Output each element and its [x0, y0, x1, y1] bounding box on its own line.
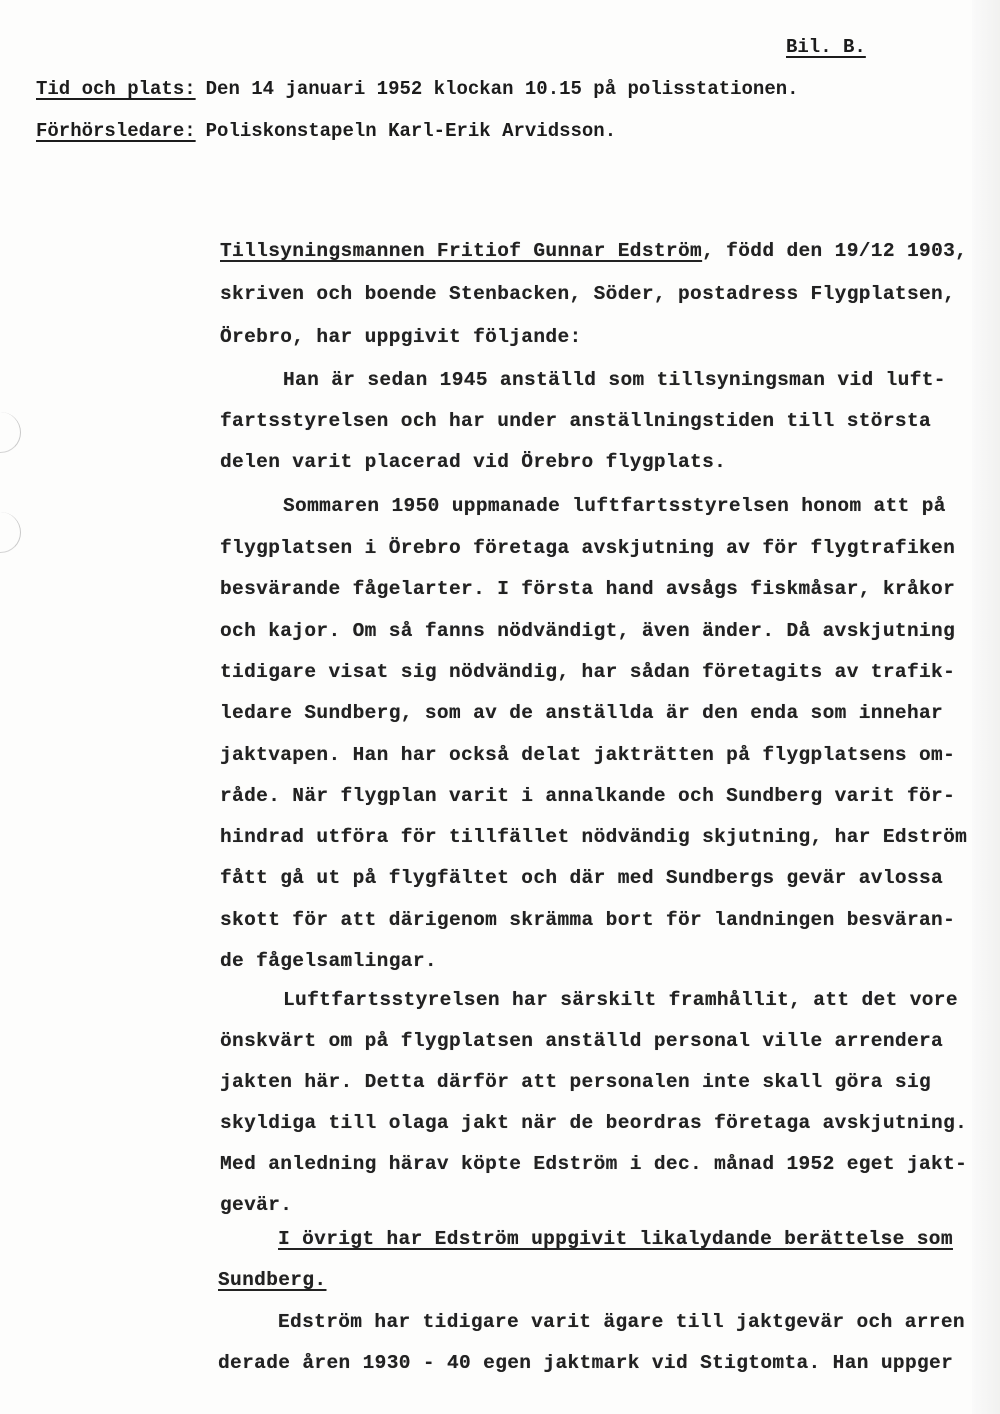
subject-name: Tillsyningsmannen Fritiof Gunnar Edström	[220, 240, 702, 262]
body-line: fartsstyrelsen och har under anställning…	[220, 410, 931, 432]
body-line: Han är sedan 1945 anställd som tillsynin…	[283, 369, 946, 391]
header-value: Poliskonstapeln Karl-Erik Arvidsson.	[206, 120, 616, 142]
document-page: Bil. B. Tid och plats:Den 14 januari 195…	[0, 0, 1000, 1414]
body-line: önskvärt om på flygplatsen anställd pers…	[220, 1030, 943, 1052]
header-interrogator: Förhörsledare:Poliskonstapeln Karl-Erik …	[36, 120, 616, 142]
page-edge-shadow	[972, 0, 1000, 1414]
body-line: hindrad utföra för tillfället nödvändig …	[220, 826, 967, 848]
intro-line-2: skriven och boende Stenbacken, Söder, po…	[220, 283, 955, 305]
body-line: Med anledning härav köpte Edström i dec.…	[220, 1153, 967, 1175]
underlined-statement-line-1: I övrigt har Edström uppgivit likalydand…	[278, 1228, 953, 1250]
body-line: ledare Sundberg, som av de anställda är …	[220, 702, 943, 724]
body-line: fått gå ut på flygfältet och där med Sun…	[220, 867, 943, 889]
body-line: besvärande fågelarter. I första hand avs…	[220, 578, 955, 600]
header-label: Förhörsledare:	[36, 120, 196, 142]
body-line: skyldiga till olaga jakt när de beordras…	[220, 1112, 967, 1134]
header-label: Tid och plats:	[36, 78, 196, 100]
body-line: och kajor. Om så fanns nödvändigt, även …	[220, 620, 955, 642]
punch-hole-mark	[0, 412, 21, 453]
punch-hole-mark	[0, 512, 21, 553]
underlined-statement-line-2: Sundberg.	[218, 1269, 326, 1291]
body-line: jakten här. Detta därför att personalen …	[220, 1071, 931, 1093]
attachment-label: Bil. B.	[786, 36, 866, 58]
body-line: gevär.	[220, 1194, 292, 1216]
subject-birth: , född den 19/12 1903,	[702, 240, 967, 262]
body-line: jaktvapen. Han har också delat jakträtte…	[220, 744, 955, 766]
body-line: delen varit placerad vid Örebro flygplat…	[220, 451, 726, 473]
intro-line-1: Tillsyningsmannen Fritiof Gunnar Edström…	[220, 240, 967, 262]
body-line: flygplatsen i Örebro företaga avskjutnin…	[220, 537, 955, 559]
body-line: Luftfartsstyrelsen har särskilt framhåll…	[283, 989, 958, 1011]
body-line: tidigare visat sig nödvändig, har sådan …	[220, 661, 955, 683]
body-line: skott för att därigenom skrämma bort för…	[220, 909, 955, 931]
body-line: råde. När flygplan varit i annalkande oc…	[220, 785, 955, 807]
body-line: Sommaren 1950 uppmanade luftfartsstyrels…	[283, 495, 946, 517]
header-value: Den 14 januari 1952 klockan 10.15 på pol…	[206, 78, 799, 100]
closing-line-2: derade åren 1930 - 40 egen jaktmark vid …	[218, 1352, 953, 1374]
body-line: de fågelsamlingar.	[220, 950, 437, 972]
closing-line-1: Edström har tidigare varit ägare till ja…	[278, 1311, 965, 1333]
intro-line-3: Örebro, har uppgivit följande:	[220, 326, 582, 348]
header-time-place: Tid och plats:Den 14 januari 1952 klocka…	[36, 78, 799, 100]
